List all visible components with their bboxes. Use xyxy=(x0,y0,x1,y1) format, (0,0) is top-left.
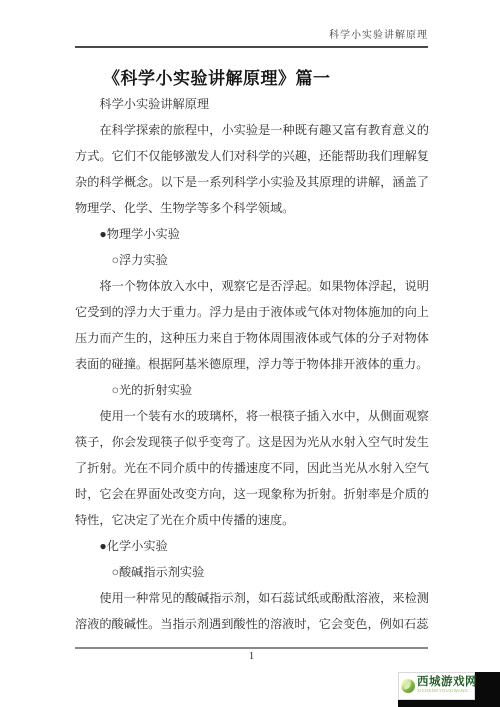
paragraph: 在科学探索的旅程中，小实验是一种既有趣又富有教育意义的方式。它们不仅能够激发人们… xyxy=(75,117,429,221)
list-item-refraction: ○光的折射实验 xyxy=(75,377,429,403)
watermark-logo-box: 西城游戏网 XICHENGYOUXIWANG xyxy=(398,672,475,700)
header-running-title: 科学小实验讲解原理 xyxy=(329,30,428,41)
site-name: 西城游戏网 xyxy=(417,677,488,689)
paragraph: 科学小实验讲解原理 xyxy=(75,91,429,117)
leaf-icon xyxy=(401,679,415,693)
list-item-chemistry: ●化学小实验 xyxy=(75,533,429,559)
list-item-indicator: ○酸碱指示剂实验 xyxy=(75,559,429,585)
site-tagline: XICHENGYOUXIWANG xyxy=(417,689,468,693)
watermark: 西城游戏网 XICHENGYOUXIWANG xyxy=(398,672,500,707)
page-number: 1 xyxy=(75,650,428,662)
page-header: 科学小实验讲解原理 xyxy=(75,26,428,48)
document-page: 科学小实验讲解原理 《科学小实验讲解原理》篇一 科学小实验讲解原理 在科学探索的… xyxy=(0,0,500,707)
document-body: 科学小实验讲解原理 在科学探索的旅程中，小实验是一种既有趣又富有教育意义的方式。… xyxy=(75,91,429,637)
paragraph: 使用一种常见的酸碱指示剂，如石蕊试纸或酚酞溶液，来检测溶液的酸碱性。当指示剂遇到… xyxy=(75,585,429,637)
page-title: 《科学小实验讲解原理》篇一 xyxy=(103,64,331,89)
paragraph: 使用一个装有水的玻璃杯，将一根筷子插入水中，从侧面观察筷子，你会发现筷子似乎变弯… xyxy=(75,403,429,533)
footer-divider xyxy=(75,647,428,649)
list-item-physics: ●物理学小实验 xyxy=(75,221,429,247)
watermark-text: 西城游戏网 XICHENGYOUXIWANG xyxy=(417,677,488,696)
list-item-buoyancy: ○浮力实验 xyxy=(75,247,429,273)
paragraph: 将一个物体放入水中，观察它是否浮起。如果物体浮起，说明它受到的浮力大于重力。浮力… xyxy=(75,273,429,377)
